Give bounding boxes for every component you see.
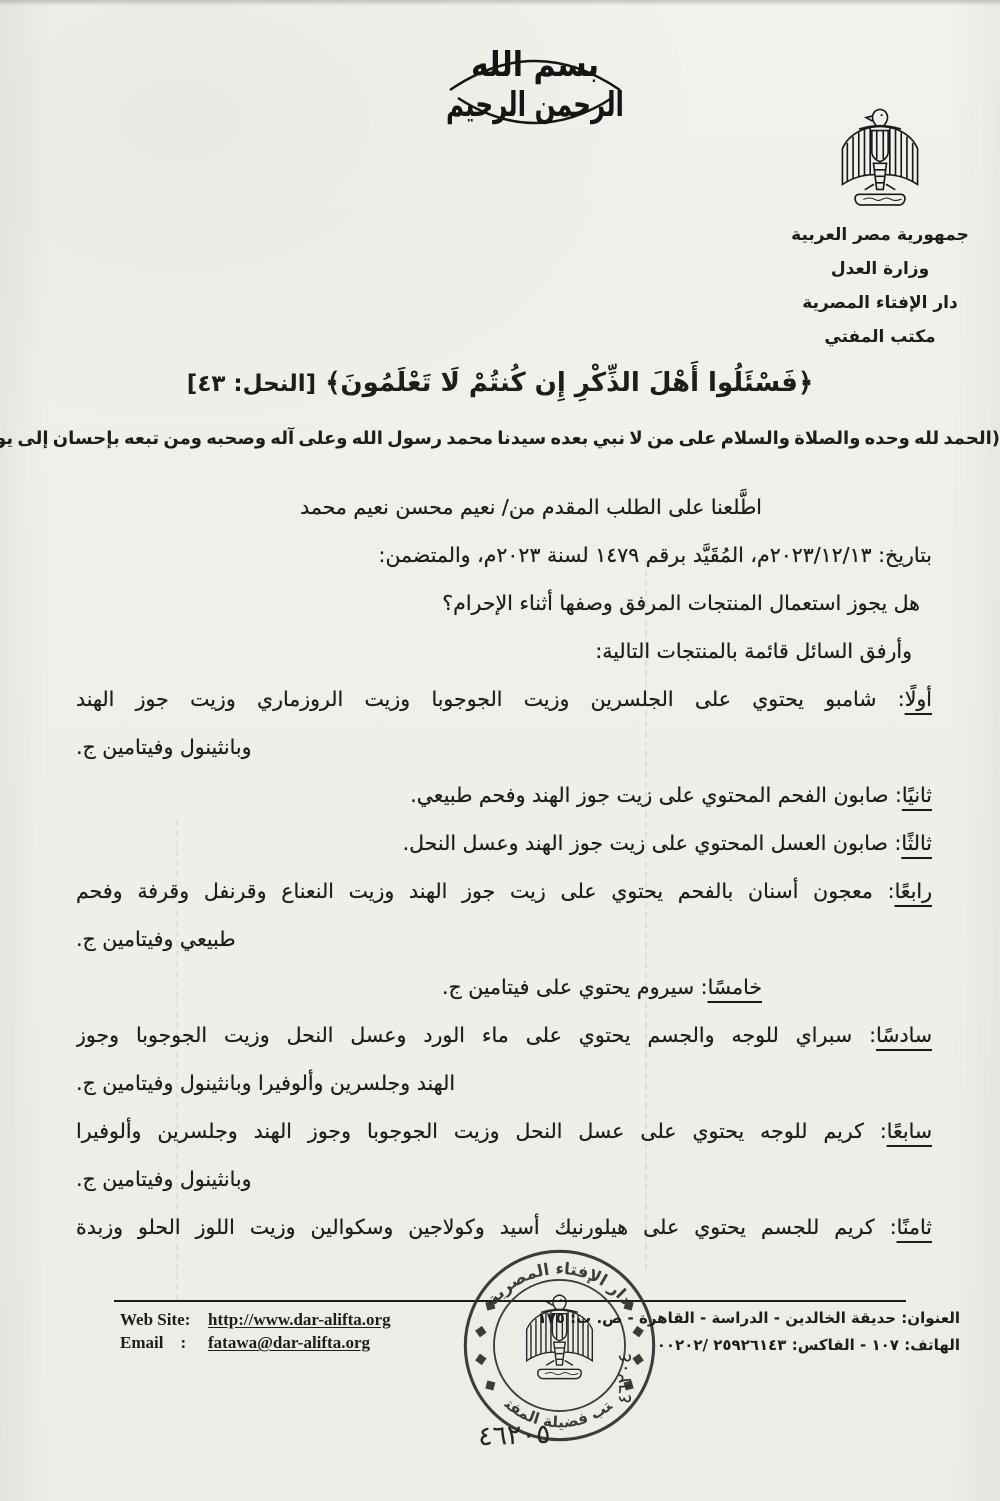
phone-fax-line: الهاتف: ١٠٧ - الفاكس: ٢٥٩٢٦١٤٣ /٠٠٢٠٢ (537, 1332, 960, 1359)
quran-verse: ﴿فَسْئَلُوا أَهْلَ الذِّكْرِ إِن كُنتُمْ… (325, 368, 813, 398)
email-link[interactable]: fatawa@dar-alifta.org (208, 1333, 370, 1352)
agency-ministry: وزارة العدل (788, 252, 972, 286)
bismillah-line1: بسم الله (471, 45, 599, 85)
bismillah-calligraphy-emblem: بسم الله الرحمن الرحيم (428, 32, 642, 148)
website-label: Web Site: (120, 1308, 208, 1331)
quran-verse-line: ﴿فَسْئَلُوا أَهْلَ الذِّكْرِ إِن كُنتُمْ… (0, 368, 1000, 398)
body-line: بتاريخ: ٢٠٢٣/١٢/١٣م، المُقَيَّد برقم ١٤٧… (76, 531, 932, 579)
letterhead-agency-block: جمهورية مصر العربية وزارة العدل دار الإف… (788, 106, 972, 354)
scanned-fatwa-document: { "header": { "bismillah": { "line1": "ب… (0, 0, 1000, 1501)
agency-darifta: دار الإفتاء المصرية (788, 286, 972, 320)
email-label: Email : (120, 1331, 208, 1354)
body-line: ثانيًا: صابون الفحم المحتوي على زيت جوز … (76, 771, 932, 819)
body-line: وأرفق السائل قائمة بالمنتجات التالية: (76, 627, 932, 675)
hamdala-line: (الحمد لله وحده والصلاة والسلام على من ل… (0, 428, 1000, 449)
address-line: العنوان: حديقة الخالدين - الدراسة - القا… (537, 1305, 960, 1332)
agency-country: جمهورية مصر العربية (788, 218, 972, 252)
body-line: وبانثينول وفيتامين ج. (76, 1155, 932, 1203)
handwritten-number-bottom: ٤٦٢٠٥ (477, 1419, 551, 1453)
body-line: رابعًا: معجون أسنان بالفحم يحتوي على زيت… (76, 867, 932, 915)
scan-edge-shadow (0, 0, 1000, 6)
handwritten-number-side: ٤٦٢٠٤ (614, 1353, 636, 1404)
body-line: سابعًا: كريم للوجه يحتوي على عسل النحل و… (76, 1107, 932, 1155)
bismillah-line2: الرحمن الرحيم (446, 85, 624, 125)
footer-contact-en: Web Site:http://www.dar-alifta.org Email… (120, 1308, 391, 1354)
body-line: هل يجوز استعمال المنتجات المرفق وصفها أث… (76, 579, 932, 627)
egypt-eagle-emblem-icon (831, 106, 929, 214)
fatwa-request-body: اطَّلعنا على الطلب المقدم من/ نعيم محسن … (76, 483, 932, 1251)
body-line: أولًا: شامبو يحتوي على الجلسرين وزيت الج… (76, 675, 932, 723)
footer-contact-ar: العنوان: حديقة الخالدين - الدراسة - القا… (537, 1305, 960, 1359)
quran-verse-citation: [النحل: ٤٣] (187, 371, 316, 397)
body-line: طبيعي وفيتامين ج. (76, 915, 932, 963)
body-line: خامسًا: سيروم يحتوي على فيتامين ج. (76, 963, 932, 1011)
body-line: سادسًا: سبراي للوجه والجسم يحتوي على ماء… (76, 1011, 932, 1059)
body-line: وبانثينول وفيتامين ج. (76, 723, 932, 771)
body-line: الهند وجلسرين وألوفيرا وبانثينول وفيتامي… (76, 1059, 932, 1107)
website-link[interactable]: http://www.dar-alifta.org (208, 1310, 391, 1329)
body-line: اطَّلعنا على الطلب المقدم من/ نعيم محسن … (76, 483, 932, 531)
body-line: ثالثًا: صابون العسل المحتوي على زيت جوز … (76, 819, 932, 867)
agency-mufti-office: مكتب المفتي (788, 320, 972, 354)
